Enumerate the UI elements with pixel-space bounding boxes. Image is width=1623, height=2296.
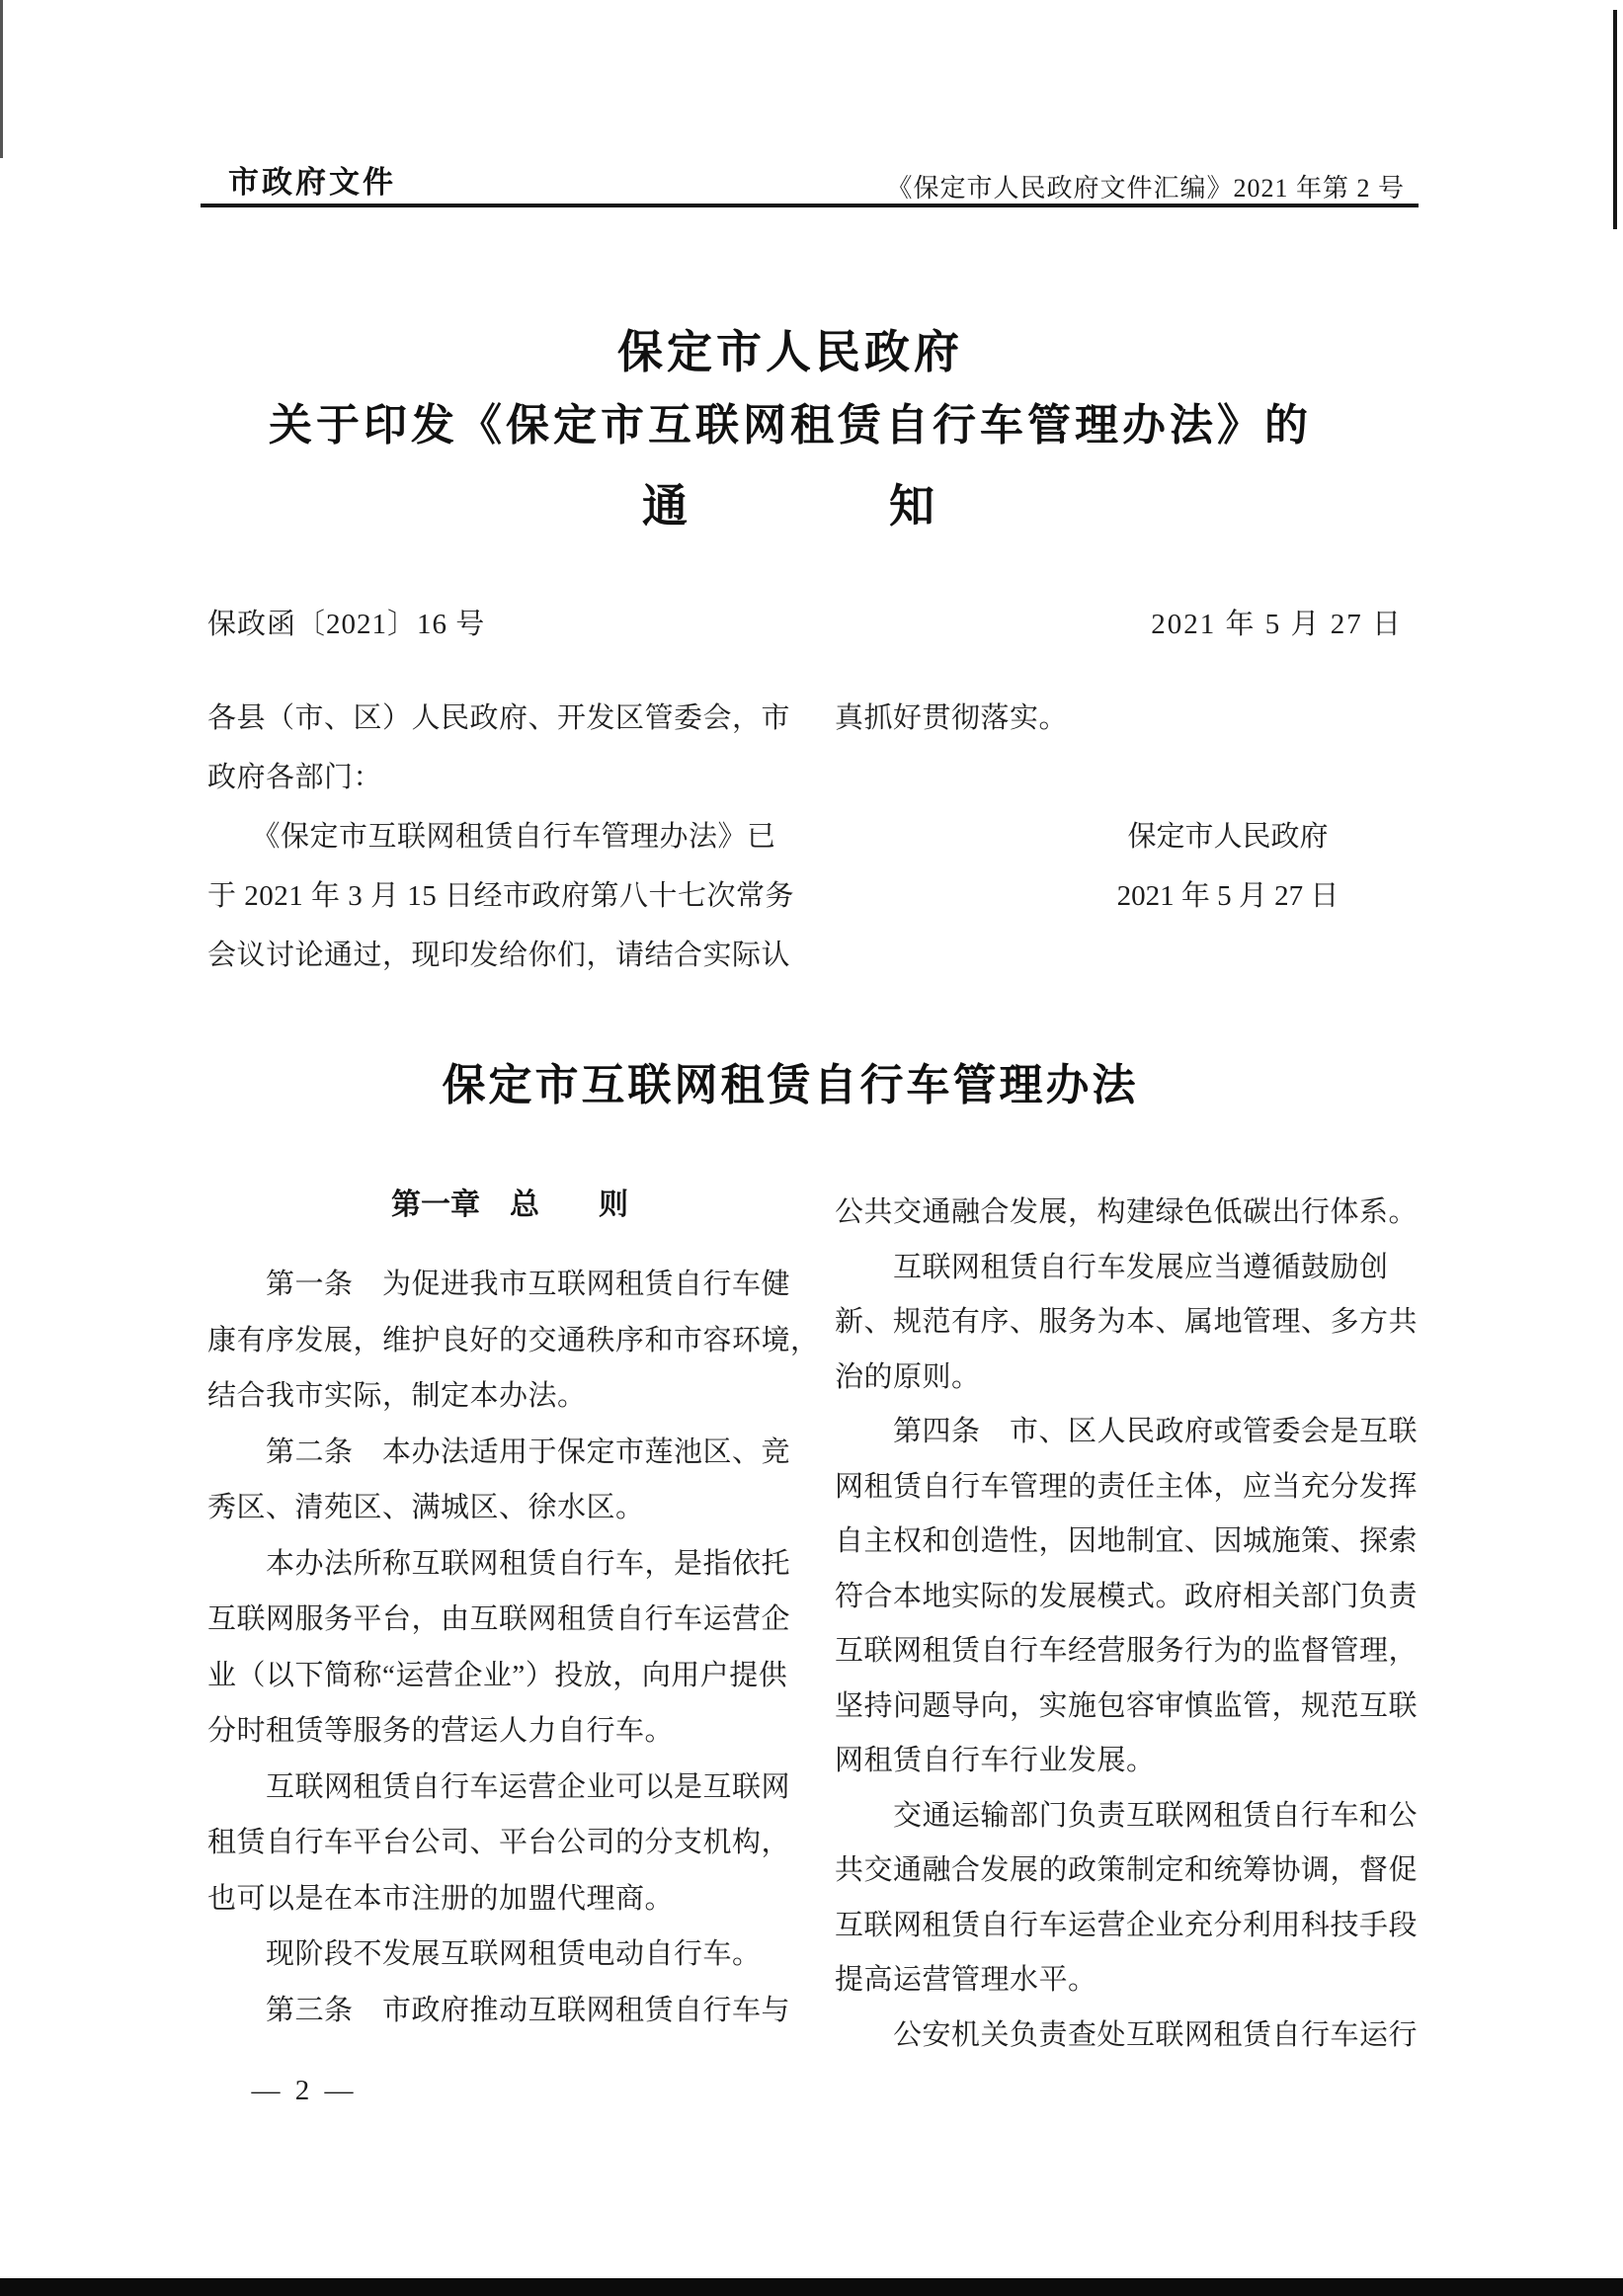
scan-bottom-edge-artifact — [0, 2278, 1623, 2296]
scanned-document-page: { "page": { "header": { "left_label": "市… — [0, 0, 1623, 2296]
text-line: 第一条 为促进我市互联网租赁自行车健 — [207, 1257, 812, 1313]
doc-number: 保政函〔2021〕16 号 — [207, 605, 485, 644]
chapter-1-heading: 第一章 总 则 — [207, 1178, 812, 1233]
text-line: 互联网租赁自行车经营服务行为的监督管理， — [835, 1624, 1439, 1680]
text-line: 本办法所称互联网租赁自行车，是指依托 — [207, 1536, 812, 1593]
measures-title: 保定市互联网租赁自行车管理办法 — [0, 1049, 1581, 1112]
signature-block: 保定市人民政府 2021 年 5 月 27 日 — [835, 807, 1439, 926]
text-line: 符合本地实际的发展模式。政府相关部门负责 — [835, 1570, 1439, 1625]
text-line: 新、规范有序、服务为本、属地管理、多方共 — [835, 1295, 1439, 1351]
page-number: — 2 — — [210, 2075, 398, 2107]
text-line: 互联网服务平台，由互联网租赁自行车运营企 — [207, 1592, 812, 1648]
text-line: 也可以是在本市注册的加盟代理商。 — [207, 1871, 812, 1927]
text-line: 政府各部门： — [207, 748, 812, 807]
text-line: 网租赁自行车管理的责任主体，应当充分发挥 — [835, 1460, 1439, 1516]
notice-title-type: 通 知 — [0, 470, 1581, 535]
text-line: 坚持问题导向，实施包容审慎监管，规范互联 — [835, 1680, 1439, 1735]
text-line: 互联网租赁自行车运营企业可以是互联网 — [207, 1760, 812, 1816]
text-line: 秀区、清苑区、满城区、徐水区。 — [207, 1480, 812, 1536]
signature-issuer: 保定市人民政府 — [926, 807, 1530, 866]
text-line: 会议讨论通过，现印发给你们，请结合实际认 — [207, 926, 812, 985]
text-line: 分时租赁等服务的营运人力自行车。 — [207, 1703, 812, 1760]
text-line: 公安机关负责查处互联网租赁自行车运行 — [835, 2009, 1439, 2064]
header-doc-category: 市政府文件 — [228, 157, 396, 202]
notice-body-left-column: 各县（市、区）人民政府、开发区管委会，市政府各部门： 《保定市互联网租赁自行车管… — [207, 689, 812, 985]
text-line: 真抓好贯彻落实。 — [835, 689, 1439, 748]
doc-date: 2021 年 5 月 27 日 — [1151, 605, 1403, 644]
text-line: 互联网租赁自行车运营企业充分利用科技手段 — [835, 1899, 1439, 1954]
scan-left-edge-artifact — [0, 0, 3, 158]
text-line: 公共交通融合发展，构建绿色低碳出行体系。 — [835, 1186, 1439, 1241]
text-line: 租赁自行车平台公司、平台公司的分支机构， — [207, 1815, 812, 1871]
text-line: 康有序发展，维护良好的交通秩序和市容环境， — [207, 1313, 812, 1369]
notice-title-subject: 关于印发《保定市互联网租赁自行车管理办法》的 — [0, 389, 1581, 452]
text-line: 于 2021 年 3 月 15 日经市政府第八十七次常务 — [207, 866, 812, 926]
text-line: 互联网租赁自行车发展应当遵循鼓励创 — [835, 1241, 1439, 1296]
header-rule — [201, 204, 1419, 207]
text-line: 现阶段不发展互联网租赁电动自行车。 — [207, 1927, 812, 1983]
text-line: 结合我市实际，制定本办法。 — [207, 1368, 812, 1425]
signature-date: 2021 年 5 月 27 日 — [926, 866, 1530, 926]
doc-number-row: 保政函〔2021〕16 号 2021 年 5 月 27 日 — [207, 605, 1403, 644]
text-line: 治的原则。 — [835, 1351, 1439, 1406]
text-line: 第四条 市、区人民政府或管委会是互联 — [835, 1405, 1439, 1460]
header-compilation-issue: 《保定市人民政府文件汇编》2021 年第 2 号 — [731, 168, 1405, 205]
text-line: 提高运营管理水平。 — [835, 1953, 1439, 2009]
text-line: 网租赁自行车行业发展。 — [835, 1734, 1439, 1789]
notice-title-issuer: 保定市人民政府 — [0, 316, 1581, 381]
notice-body-right-column: 真抓好贯彻落实。 — [835, 689, 1439, 748]
text-line: 《保定市互联网租赁自行车管理办法》已 — [207, 807, 812, 866]
text-line: 第二条 本办法适用于保定市莲池区、竞 — [207, 1425, 812, 1481]
text-line: 第三条 市政府推动互联网租赁自行车与 — [207, 1983, 812, 2039]
text-line: 交通运输部门负责互联网租赁自行车和公 — [835, 1789, 1439, 1845]
measures-left-column: 第一条 为促进我市互联网租赁自行车健康有序发展，维护良好的交通秩序和市容环境，结… — [207, 1257, 812, 2038]
text-line: 自主权和创造性，因地制宜、因城施策、探索 — [835, 1515, 1439, 1570]
scan-right-edge-artifact — [1613, 10, 1617, 229]
text-line: 各县（市、区）人民政府、开发区管委会，市 — [207, 689, 812, 748]
text-line: 共交通融合发展的政策制定和统筹协调，督促 — [835, 1844, 1439, 1899]
text-line: 业（以下简称“运营企业”）投放，向用户提供 — [207, 1648, 812, 1704]
measures-right-column: 公共交通融合发展，构建绿色低碳出行体系。 互联网租赁自行车发展应当遵循鼓励创新、… — [835, 1186, 1439, 2063]
